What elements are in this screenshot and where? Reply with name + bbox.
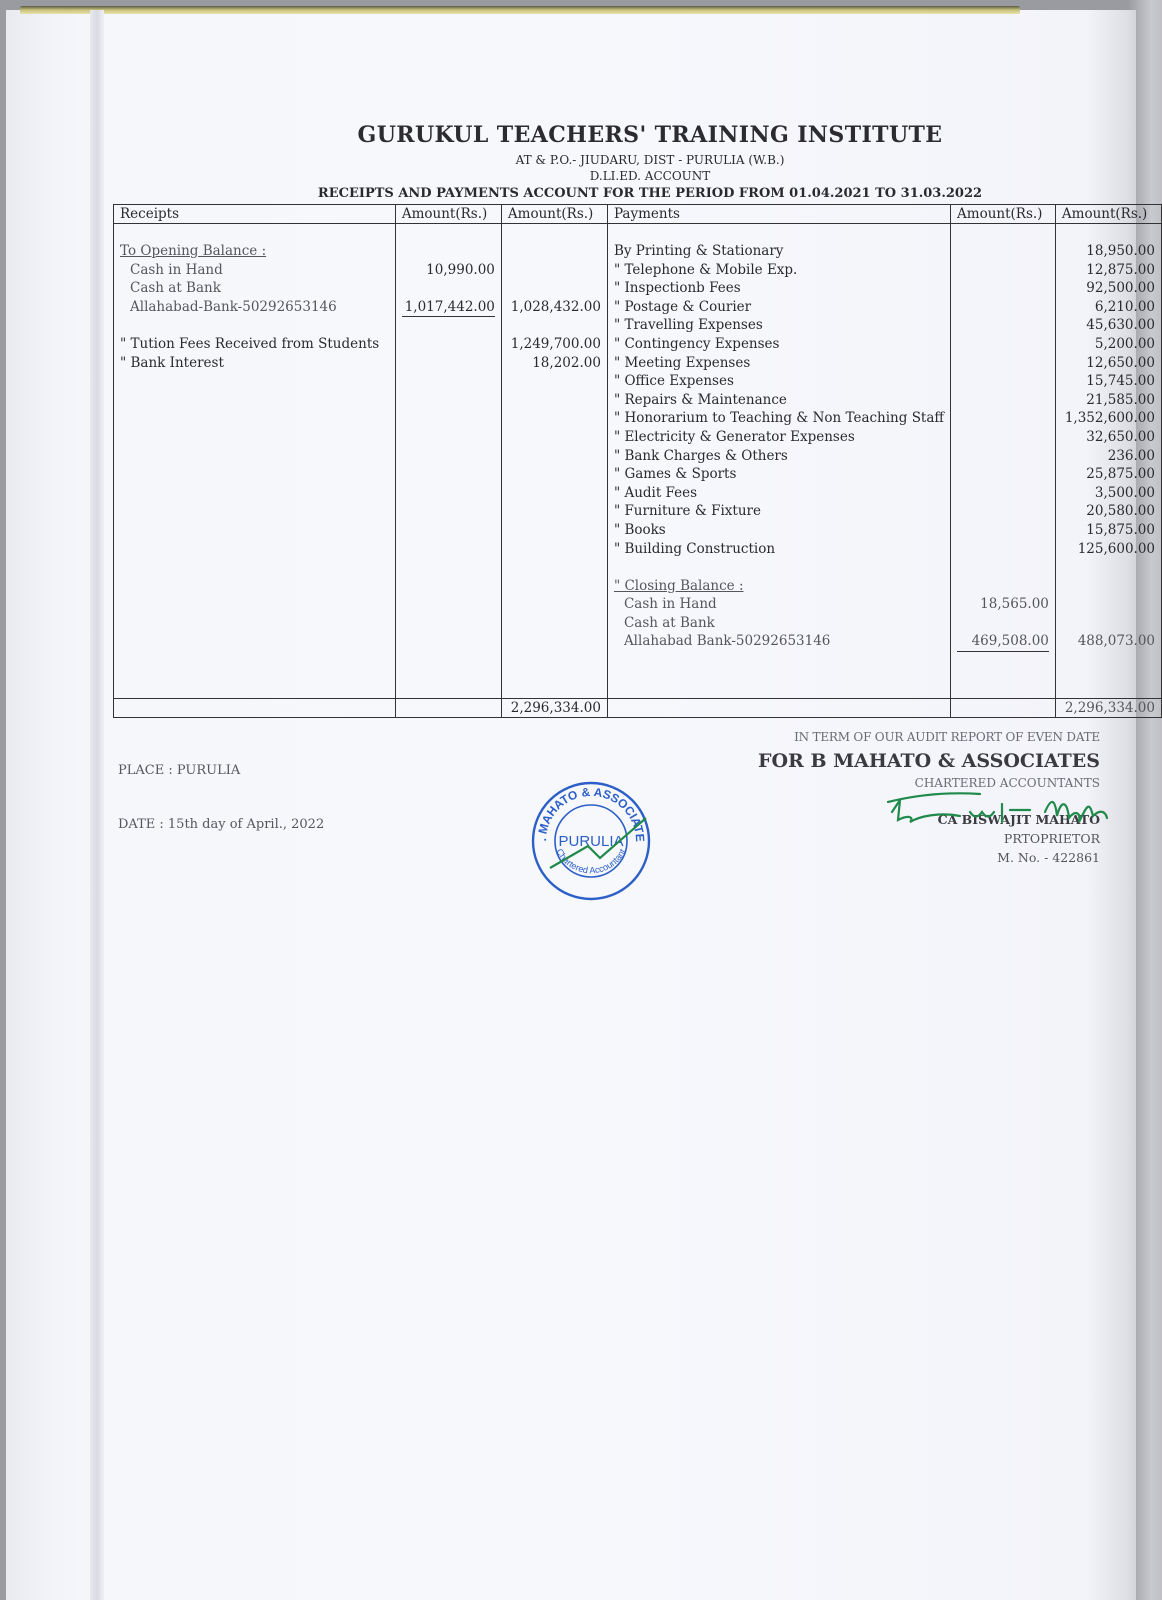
membership-number: M. No. - 422861 (997, 850, 1100, 865)
payment-items: By Printing & Stationary" Telephone & Mo… (614, 242, 944, 558)
column-header: Amount(Rs.) (1055, 205, 1161, 224)
spacer (957, 614, 1049, 633)
payment-item-amount: 21,585.00 (1062, 391, 1155, 410)
spacer (957, 298, 1049, 317)
receipts-grand-total: 2,296,334.00 (501, 699, 607, 718)
spacer (957, 335, 1049, 354)
spacer (120, 316, 389, 335)
receipt-item-amount: 18,202.00 (508, 354, 601, 373)
payment-item-amount: 12,875.00 (1062, 261, 1155, 280)
payment-item-label: " Honorarium to Teaching & Non Teaching … (614, 409, 944, 428)
payment-amounts: 18,950.0012,875.0092,500.006,210.0045,63… (1062, 242, 1155, 558)
receipt-item-label: " Bank Interest (120, 354, 389, 373)
receipt-item-label: " Tution Fees Received from Students (120, 335, 389, 354)
payment-item-label: " Electricity & Generator Expenses (614, 428, 944, 447)
spacer (957, 577, 1049, 596)
spacer (957, 391, 1049, 410)
column-header: Amount(Rs.) (501, 205, 607, 224)
spacer (957, 354, 1049, 373)
empty-cell (607, 699, 950, 718)
institute-name: GURUKUL TEACHERS' TRAINING INSTITUTE (0, 122, 1162, 148)
column-header: Payments (607, 205, 950, 224)
payment-item-amount: 236.00 (1062, 447, 1155, 466)
page-binding-fold (90, 10, 104, 1600)
payment-item-amount: 1,352,600.00 (1062, 409, 1155, 428)
payment-item-amount: 12,650.00 (1062, 354, 1155, 373)
payment-item-label: " Repairs & Maintenance (614, 391, 944, 410)
account-name: D.LI.ED. ACCOUNT (0, 169, 1162, 183)
column-header: Receipts (114, 205, 396, 224)
spacer (508, 261, 601, 280)
spacer (1062, 558, 1155, 577)
spacer (402, 242, 495, 261)
spacer (957, 502, 1049, 521)
spacer (957, 428, 1049, 447)
spacer (957, 316, 1049, 335)
receipt-bank-account: Allahabad-Bank-50292653146 (120, 298, 389, 317)
receipts-payments-table: Receipts Amount(Rs.) Amount(Rs.) Payment… (113, 204, 1162, 718)
spacer (957, 261, 1049, 280)
receipt-cash-in-hand: Cash in Hand (120, 261, 389, 280)
payments-grand-total: 2,296,334.00 (1055, 699, 1161, 718)
payment-item-label: " Postage & Courier (614, 298, 944, 317)
spacer (1062, 595, 1155, 614)
payment-item-amount: 45,630.00 (1062, 316, 1155, 335)
spacer (957, 242, 1049, 261)
payments-column: By Printing & Stationary" Telephone & Mo… (607, 224, 950, 699)
empty-cell (951, 699, 1056, 718)
payment-cash-at-bank: Cash at Bank (614, 614, 944, 633)
payment-item-amount: 92,500.00 (1062, 279, 1155, 298)
payment-item-label: " Inspectionb Fees (614, 279, 944, 298)
spacer (508, 316, 601, 335)
total-row: 2,296,334.00 2,296,334.00 (114, 699, 1162, 718)
payment-item-label: " Meeting Expenses (614, 354, 944, 373)
payment-item-label: " Travelling Expenses (614, 316, 944, 335)
payment-item-label: " Contingency Expenses (614, 335, 944, 354)
payment-item-amount: 6,210.00 (1062, 298, 1155, 317)
payment-item-label: " Furniture & Fixture (614, 502, 944, 521)
spacer (957, 465, 1049, 484)
payment-item-label: " Audit Fees (614, 484, 944, 503)
receipt-opening-total: 1,028,432.00 (508, 298, 601, 317)
spacer (957, 279, 1049, 298)
spacer (402, 279, 495, 298)
payment-item-amount: 25,875.00 (1062, 465, 1155, 484)
payment-item-amount: 125,600.00 (1062, 540, 1155, 559)
place: PLACE : PURULIA (118, 763, 240, 778)
receipt-cash-in-hand-amount: 10,990.00 (402, 261, 495, 280)
payment-item-amount: 15,745.00 (1062, 372, 1155, 391)
institute-address: AT & P.O.- JIUDARU, DIST - PURULIA (W.B.… (0, 153, 1162, 167)
closing-total: 488,073.00 (1062, 632, 1155, 651)
spacer (1062, 577, 1155, 596)
payments-amount-column-1: 18,565.00 469,508.00 (951, 224, 1056, 699)
payment-item-label: By Printing & Stationary (614, 242, 944, 261)
column-header: Amount(Rs.) (951, 205, 1056, 224)
payment-bank-account: Allahabad Bank-50292653146 (614, 632, 944, 651)
audit-note: IN TERM OF OUR AUDIT REPORT OF EVEN DATE (794, 730, 1100, 744)
spacer (957, 242, 1049, 558)
closing-cash-in-hand-amount: 18,565.00 (957, 595, 1049, 614)
payments-amount-column-2: 18,950.0012,875.0092,500.006,210.0045,63… (1055, 224, 1161, 699)
signature-icon (880, 782, 1130, 832)
spacer (957, 558, 1049, 577)
table-body-row: To Opening Balance : Cash in Hand Cash a… (114, 224, 1162, 699)
receipt-amounts: 1,249,700.0018,202.00 (508, 335, 601, 372)
spacer (957, 409, 1049, 428)
designation: PRTOPRIETOR (1004, 831, 1100, 846)
spacer (508, 242, 601, 261)
firm-name: FOR B MAHATO & ASSOCIATES (758, 750, 1100, 772)
column-header: Amount(Rs.) (395, 205, 501, 224)
payment-item-amount: 3,500.00 (1062, 484, 1155, 503)
payment-item-amount: 20,580.00 (1062, 502, 1155, 521)
empty-cell (114, 699, 396, 718)
spacer (957, 372, 1049, 391)
date: DATE : 15th day of April., 2022 (118, 817, 324, 832)
empty-cell (395, 699, 501, 718)
spacer (1062, 614, 1155, 633)
svg-text:Chartered Accountant: Chartered Accountant (554, 847, 627, 876)
closing-balance-heading: " Closing Balance : (614, 577, 944, 596)
receipts-column: To Opening Balance : Cash in Hand Cash a… (114, 224, 396, 699)
statement-title: RECEIPTS AND PAYMENTS ACCOUNT FOR THE PE… (0, 186, 1162, 201)
payment-item-label: " Books (614, 521, 944, 540)
payment-item-amount: 18,950.00 (1062, 242, 1155, 261)
spacer (508, 279, 601, 298)
payment-item-label: " Building Construction (614, 540, 944, 559)
spacer (957, 521, 1049, 540)
payment-item-amount: 5,200.00 (1062, 335, 1155, 354)
opening-balance-heading: To Opening Balance : (120, 242, 389, 261)
payment-item-label: " Games & Sports (614, 465, 944, 484)
closing-bank-amount: 469,508.00 (957, 632, 1049, 652)
receipts-amount-column-2: 1,028,432.00 1,249,700.0018,202.00 (501, 224, 607, 699)
spacer (957, 484, 1049, 503)
payment-item-label: " Bank Charges & Others (614, 447, 944, 466)
spacer (957, 447, 1049, 466)
receipts-amount-column-1: 10,990.00 1,017,442.00 (395, 224, 501, 699)
receipt-cash-at-bank: Cash at Bank (120, 279, 389, 298)
firm-stamp-icon: B. MAHATO & ASSOCIATES PURULIA Chartered… (528, 778, 654, 904)
spacer (614, 558, 944, 577)
receipt-bank-amount: 1,017,442.00 (402, 298, 495, 318)
receipt-items: " Tution Fees Received from Students" Ba… (120, 335, 389, 372)
payment-item-amount: 32,650.00 (1062, 428, 1155, 447)
payment-cash-in-hand: Cash in Hand (614, 595, 944, 614)
payment-item-amount: 15,875.00 (1062, 521, 1155, 540)
table-header-row: Receipts Amount(Rs.) Amount(Rs.) Payment… (114, 205, 1162, 224)
page-top-edge (20, 6, 1020, 14)
payment-item-label: " Office Expenses (614, 372, 944, 391)
receipt-item-amount: 1,249,700.00 (508, 335, 601, 354)
spacer (957, 540, 1049, 559)
payment-item-label: " Telephone & Mobile Exp. (614, 261, 944, 280)
